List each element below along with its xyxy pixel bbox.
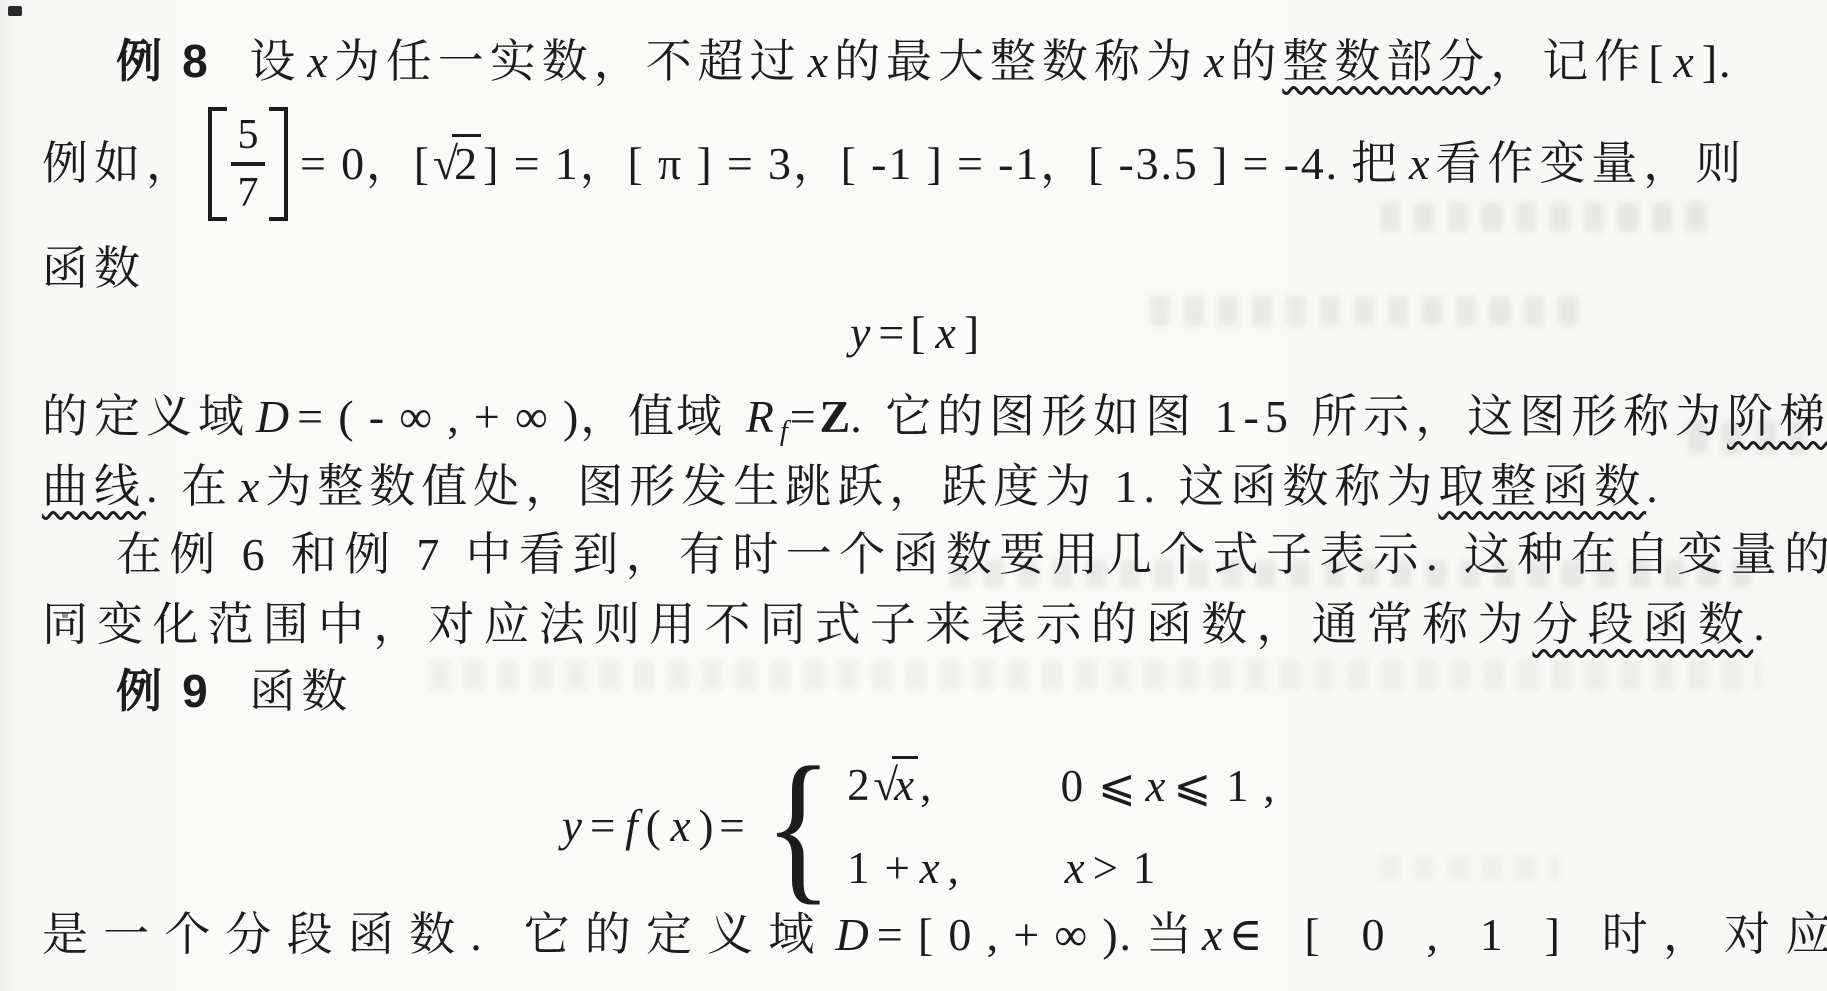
body-text: 函数 (249, 666, 353, 717)
case-1-expression: 2√x, (845, 759, 963, 811)
coefficient: 2 (845, 760, 873, 810)
highlighted-term-curve: 曲线 (42, 461, 146, 512)
math-var-x: x (664, 801, 696, 851)
math-expression: = ( - ∞ , + ∞ )，值域 (295, 391, 726, 442)
bleed-through-smudge (1380, 202, 1710, 232)
bleed-through-smudge (1150, 296, 1580, 326)
piecewise-cases: 2√x, 0 ⩽x⩽ 1 , 1 +x, x> 1 (845, 759, 1278, 894)
math-var-D: D (250, 391, 295, 442)
body-text: 的最大整数称为 (834, 36, 1198, 87)
body-text: ，记作 (1490, 36, 1646, 87)
highlighted-term-piecewise: 分段函数 (1532, 599, 1753, 650)
body-text: ∈ [ 0 , 1 ] 时，对应的函数值 (1228, 909, 1827, 960)
body-text: 设 (249, 36, 301, 87)
body-text: 看作变量，则 (1435, 135, 1747, 193)
text-line-3: 函数 (42, 240, 1794, 298)
scan-speck (8, 6, 22, 16)
math-expression: = [ 0 , + ∞ ). 当 (875, 909, 1196, 960)
equals-sign: = (588, 801, 619, 851)
body-text: 把 (1351, 135, 1403, 193)
math-bracket: [ (908, 307, 929, 358)
body-text: . 在 (146, 461, 233, 512)
radicand: 2 (452, 134, 481, 189)
sqrt-x-expression: √x (873, 760, 918, 810)
case-2-condition: x> 1 (1059, 842, 1279, 894)
text-line-7: 同变化范围中，对应法则用不同式子来表示的函数，通常称为分段函数. (42, 596, 1794, 654)
math-var-y: y (556, 801, 588, 851)
bleed-through-smudge (950, 560, 1750, 588)
text-line-4: 的定义域D= ( - ∞ , + ∞ )，值域Rf=Z. 它的图形如图 1-5 … (42, 388, 1794, 461)
math-expression: = 0，[ (298, 135, 433, 193)
text-line-9: 是一个分段函数. 它的定义域D= [ 0 , + ∞ ). 当x∈ [ 0 , … (42, 906, 1794, 964)
math-var-x: x (301, 36, 333, 87)
comma: , (946, 843, 963, 893)
sqrt-2-expression: √2 (433, 135, 481, 193)
case-1-condition: 0 ⩽x⩽ 1 , (1059, 759, 1279, 812)
body-text: 同变化范围中，对应法则用不同式子来表示的函数，通常称为 (42, 599, 1532, 650)
body-text: . (1753, 599, 1774, 650)
bleed-through-smudge (430, 660, 1760, 690)
math-expression: ] = 1，[ π ] = 3，[ -1 ] = -1，[ -3.5 ] = -… (481, 135, 1341, 193)
bleed-through-smudge (1380, 855, 1560, 881)
math-var-x: x (1196, 909, 1228, 960)
body-text: 的 (1230, 36, 1282, 87)
math-bracket: [ (1646, 36, 1667, 87)
condition-part: > 1 (1091, 843, 1160, 893)
display-formula-piecewise: y=f(x)= { 2√x, 0 ⩽x⩽ 1 , 1 +x, x> 1 (556, 742, 1278, 910)
fraction-denominator: 7 (237, 171, 258, 215)
equals-sign: = (788, 391, 820, 442)
math-var-y: y (844, 307, 876, 358)
big-curly-brace: { (765, 742, 834, 910)
condition-part: ⩽ 1 , (1172, 761, 1279, 811)
bleed-through-smudge (1688, 420, 1804, 454)
body-text: 是一个分段函数. 它的定义域 (42, 909, 830, 960)
expression-part: 1 + (845, 843, 914, 893)
body-text: 为任一实数，不超过 (334, 36, 802, 87)
textbook-scan-page: 例 8设x为任一实数，不超过x的最大整数称为x的整数部分，记作[x]. 例如， … (0, 0, 1827, 991)
math-var-x: x (914, 843, 946, 893)
math-var-f: f (619, 801, 644, 851)
integer-set-symbol: Z (820, 391, 851, 442)
body-text: 为整数值处，图形发生跳跃，跃度为 1. 这函数称为 (265, 461, 1438, 512)
big-right-bracket (269, 107, 288, 221)
fraction-numerator: 5 (237, 113, 258, 157)
math-var-D: D (830, 909, 875, 960)
math-bracket: ]. (1700, 36, 1735, 87)
highlighted-term-floor-function: 取整函数 (1438, 461, 1646, 512)
math-bracket: ] (962, 307, 983, 358)
example-9-label: 例 9 (116, 665, 211, 717)
body-text: . (1646, 461, 1663, 512)
math-var-x: x (802, 36, 834, 87)
equals-sign: = (876, 307, 908, 358)
paren: ) (696, 801, 717, 851)
condition-part: 0 ⩽ (1059, 761, 1140, 811)
body-text: 的定义域 (42, 391, 250, 442)
piecewise-lhs: y=f(x)= (556, 800, 748, 852)
text-line-1: 例 8设x为任一实数，不超过x的最大整数称为x的整数部分，记作[x]. (42, 32, 1827, 91)
paren: ( (644, 801, 665, 851)
subscript-f: f (780, 416, 788, 447)
body-text: . 它的图形如图 1-5 所示，这图形称为 (850, 391, 1727, 442)
text-line-5: 曲线. 在x为整数值处，图形发生跳跃，跃度为 1. 这函数称为取整函数. (42, 458, 1794, 516)
equals-sign: = (717, 801, 748, 851)
math-var-x: x (1140, 761, 1172, 811)
big-left-bracket (208, 107, 227, 221)
radicand-x: x (892, 756, 918, 810)
example-8-label: 例 8 (116, 35, 211, 87)
math-var-x: x (929, 307, 961, 358)
math-var-x: x (1059, 843, 1091, 893)
scan-speck (62, 612, 68, 618)
math-var-x: x (233, 461, 265, 512)
math-var-x: x (1198, 36, 1230, 87)
math-var-x: x (1667, 36, 1699, 87)
fraction-five-sevenths: 5 7 (231, 113, 265, 215)
math-var-R: R (740, 391, 780, 442)
body-text: 例如， (42, 135, 198, 193)
fraction-bar (231, 162, 265, 166)
case-2-expression: 1 +x, (845, 842, 963, 894)
highlighted-term-integer-part: 整数部分 (1282, 36, 1490, 87)
comma: , (918, 760, 935, 810)
math-var-x: x (1403, 135, 1435, 193)
